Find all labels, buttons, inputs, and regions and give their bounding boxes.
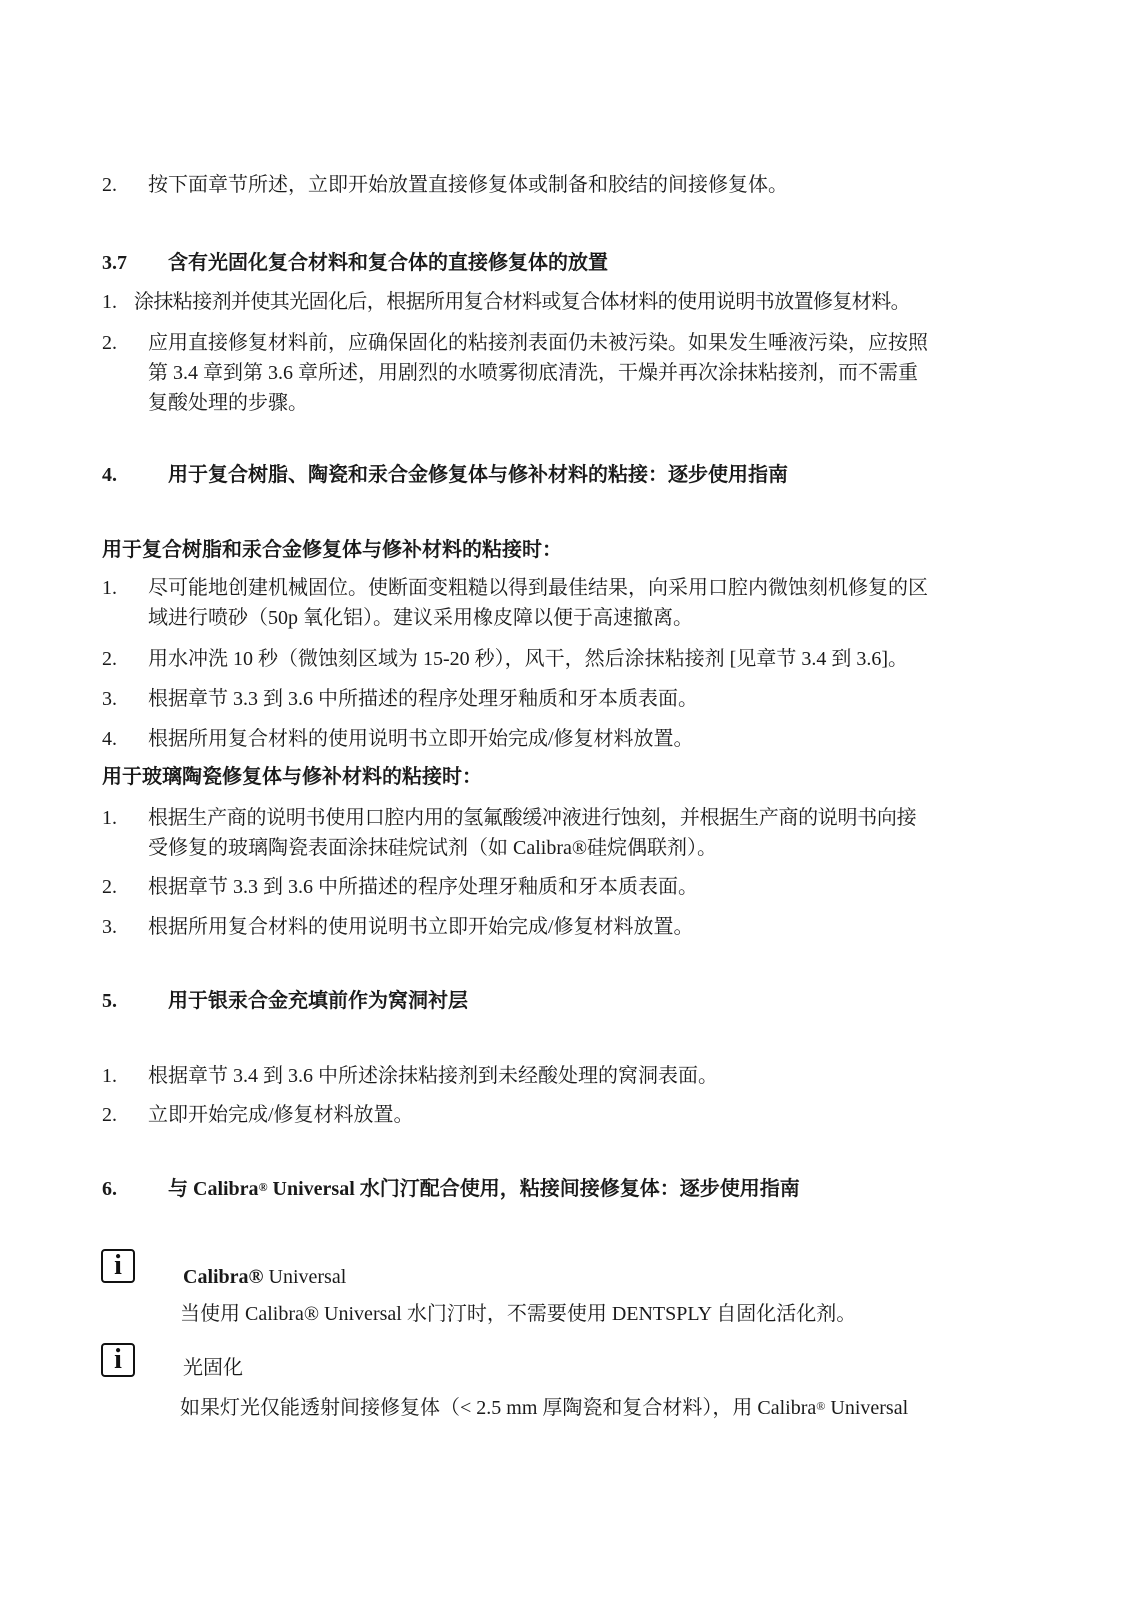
title-part: 与 Calibra: [168, 1178, 259, 1200]
section-number: 3.7: [102, 248, 127, 278]
subsection-title: 用于复合树脂和汞合金修复体与修补材料的粘接时：: [102, 535, 562, 565]
list-item-text: 按下面章节所述，立即开始放置直接修复体或制备和胶结的间接修复体。: [148, 170, 788, 200]
list-item-text: 根据生产商的说明书使用口腔内用的氢氟酸缓冲液进行蚀刻，并根据生产商的说明书向接: [148, 803, 916, 833]
list-number: 4.: [102, 724, 117, 754]
list-number: 3.: [102, 912, 117, 942]
list-number: 2.: [102, 1100, 117, 1130]
list-number: 2.: [102, 872, 117, 902]
info-icon: i: [101, 1249, 135, 1283]
list-item-text: 涂抹粘接剂并使其光固化后，根据所用复合材料或复合体材料的使用说明书放置修复材料。: [134, 287, 910, 317]
list-number: 2.: [102, 328, 117, 358]
section-number: 5.: [102, 986, 117, 1016]
note-title-bold: Calibra®: [183, 1266, 264, 1288]
list-item-text: 根据章节 3.4 到 3.6 中所述涂抹粘接剂到未经酸处理的窝洞表面。: [148, 1061, 718, 1091]
list-number: 2.: [102, 170, 117, 200]
registered-mark: ®: [259, 1180, 268, 1194]
list-item-text: 用水冲洗 10 秒（微蚀刻区域为 15-20 秒），风干，然后涂抹粘接剂 [见章…: [148, 644, 908, 674]
list-number: 2.: [102, 644, 117, 674]
note-text-part: Universal: [825, 1397, 908, 1419]
section-number: 4.: [102, 460, 117, 490]
list-item-text: 根据章节 3.3 到 3.6 中所描述的程序处理牙釉质和牙本质表面。: [148, 872, 698, 902]
registered-mark: ®: [816, 1399, 825, 1413]
list-number: 1.: [102, 803, 117, 833]
list-item-text: 立即开始完成/修复材料放置。: [148, 1100, 414, 1130]
section-title: 含有光固化复合材料和复合体的直接修复体的放置: [168, 248, 608, 278]
note-title-rest: Universal: [264, 1266, 347, 1288]
list-item-text: 应用直接修复材料前，应确保固化的粘接剂表面仍未被污染。如果发生唾液污染，应按照: [148, 328, 928, 358]
section-number: 6.: [102, 1174, 117, 1204]
info-icon: i: [101, 1343, 135, 1377]
list-item-text: 根据章节 3.3 到 3.6 中所描述的程序处理牙釉质和牙本质表面。: [148, 684, 698, 714]
list-number: 1.: [102, 287, 117, 317]
section-title: 用于银汞合金充填前作为窝洞衬层: [168, 986, 468, 1016]
list-item-text: 尽可能地创建机械固位。使断面变粗糙以得到最佳结果，向采用口腔内微蚀刻机修复的区: [148, 573, 928, 603]
list-item-text: 域进行喷砂（50p 氧化铝）。建议采用橡皮障以便于高速撤离。: [148, 603, 693, 633]
list-number: 1.: [102, 1061, 117, 1091]
note-text: 当使用 Calibra® Universal 水门汀时，不需要使用 DENTSP…: [180, 1299, 856, 1329]
list-item-text: 复酸处理的步骤。: [148, 388, 308, 418]
section-title: 与 Calibra® Universal 水门汀配合使用，粘接间接修复体：逐步使…: [168, 1174, 800, 1204]
title-part: Universal 水门汀配合使用，粘接间接修复体：逐步使用指南: [268, 1178, 800, 1200]
note-text-part: 如果灯光仅能透射间接修复体（< 2.5 mm 厚陶瓷和复合材料），用 Calib…: [180, 1397, 816, 1419]
section-title: 用于复合树脂、陶瓷和汞合金修复体与修补材料的粘接：逐步使用指南: [168, 460, 788, 490]
list-item-text: 根据所用复合材料的使用说明书立即开始完成/修复材料放置。: [148, 912, 694, 942]
note-text: 如果灯光仅能透射间接修复体（< 2.5 mm 厚陶瓷和复合材料），用 Calib…: [180, 1393, 908, 1423]
note-title: Calibra® Universal: [183, 1262, 346, 1292]
subsection-title: 用于玻璃陶瓷修复体与修补材料的粘接时：: [102, 762, 482, 792]
list-item-text: 受修复的玻璃陶瓷表面涂抹硅烷试剂（如 Calibra®硅烷偶联剂）。: [148, 833, 717, 863]
list-number: 3.: [102, 684, 117, 714]
note-title: 光固化: [183, 1353, 243, 1383]
list-number: 1.: [102, 573, 117, 603]
list-item-text: 根据所用复合材料的使用说明书立即开始完成/修复材料放置。: [148, 724, 694, 754]
list-item-text: 第 3.4 章到第 3.6 章所述，用剧烈的水喷雾彻底清洗，干燥并再次涂抹粘接剂…: [148, 358, 918, 388]
